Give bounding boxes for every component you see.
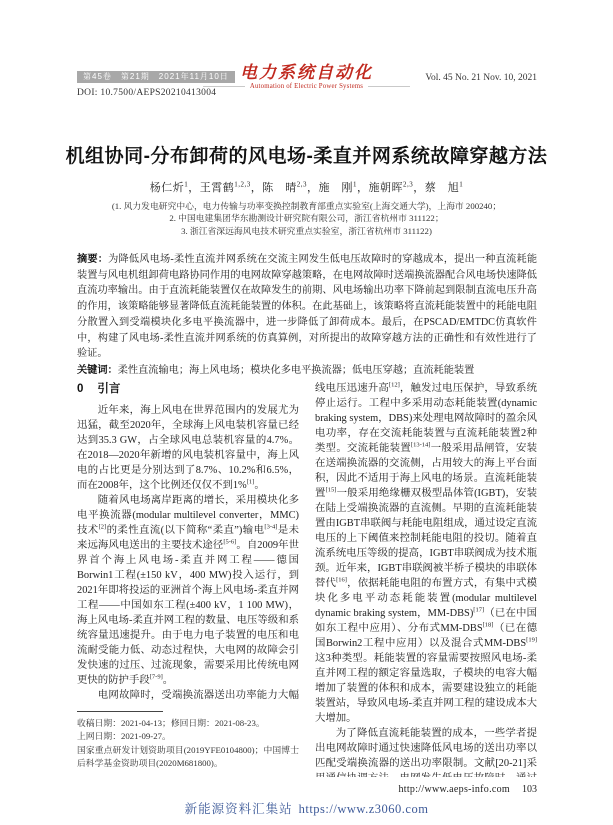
- section-title: 引言: [97, 383, 120, 395]
- footnote-rule: [77, 711, 163, 712]
- watermark: 新能源资料汇集站https://www.z3060.com: [0, 799, 613, 817]
- watermark-site: 新能源资料汇集站: [185, 802, 293, 816]
- journal-logo-en-row: Automation of Electric Power Systems: [0, 83, 613, 90]
- paper-page: 第45卷 第21期 2021年11月10日 DOI: 10.7500/AEPS2…: [0, 0, 613, 825]
- authors-line: 杨仁炘1，王霄鹤1,2,3，陈 晴2,3，施 刚1，施朝晖2,3，蔡 旭1: [0, 179, 613, 195]
- journal-url-link[interactable]: http://www.aeps-info.com: [398, 784, 510, 795]
- keywords-paragraph: 关键词：柔性直流输电；海上风电场；模块化多电平换流器；低电压穿越；直流耗能装置: [77, 363, 537, 379]
- footnote: 收稿日期：2021-04-13；修回日期：2021-08-23。上网日期：202…: [77, 711, 299, 770]
- right-column-text: 线电压迅速升高[12]，触发过电压保护，导致系统停止运行。工程中多采用动态耗能装…: [315, 381, 537, 777]
- body-columns: 0引言 近年来，海上风电在世界范围内的发展尤为迅猛，截至2020年，全球海上风电…: [77, 381, 537, 795]
- page-number: 103: [522, 784, 537, 795]
- left-column: 0引言 近年来，海上风电在世界范围内的发展尤为迅猛，截至2020年，全球海上风电…: [77, 381, 299, 703]
- article-title: 机组协同-分布卸荷的风电场-柔直并网系统故障穿越方法: [0, 141, 613, 168]
- keywords-label: 关键词：: [77, 365, 118, 376]
- page-footer: http://www.aeps-info.com103: [398, 784, 537, 795]
- abstract-paragraph: 摘要：为降低风电场-柔性直流并网系统在交流主网发生低电压故障时的穿越成本，提出一…: [77, 252, 537, 362]
- section-number: 0: [77, 383, 83, 395]
- left-column-text: 近年来，海上风电在世界范围内的发展尤为迅猛，截至2020年，全球海上风电装机容量…: [77, 403, 299, 703]
- abstract-label: 摘要：: [77, 254, 108, 265]
- section-heading: 0引言: [77, 381, 299, 397]
- affiliations: (1. 风力发电研究中心，电力传输与功率变换控制教育部重点实验室(上海交通大学)…: [0, 200, 613, 237]
- watermark-url-link[interactable]: https://www.z3060.com: [299, 802, 429, 816]
- logo-right-rule: [368, 86, 410, 87]
- keywords-text: 柔性直流输电；海上风电场；模块化多电平换流器；低电压穿越；直流耗能装置: [118, 365, 475, 376]
- issue-info-en: Vol. 45 No. 21 Nov. 10, 2021: [425, 73, 537, 83]
- logo-left-rule: [203, 86, 245, 87]
- abstract-text: 为降低风电场-柔性直流并网系统在交流主网发生低电压故障时的穿越成本，提出一种直流…: [77, 254, 537, 359]
- abstract-block: 摘要：为降低风电场-柔性直流并网系统在交流主网发生低电压故障时的穿越成本，提出一…: [77, 252, 537, 379]
- journal-logo-en: Automation of Electric Power Systems: [250, 83, 363, 90]
- footnote-lines: 收稿日期：2021-04-13；修回日期：2021-08-23。上网日期：202…: [77, 717, 299, 770]
- right-column: 线电压迅速升高[12]，触发过电压保护，导致系统停止运行。工程中多采用动态耗能装…: [315, 381, 537, 777]
